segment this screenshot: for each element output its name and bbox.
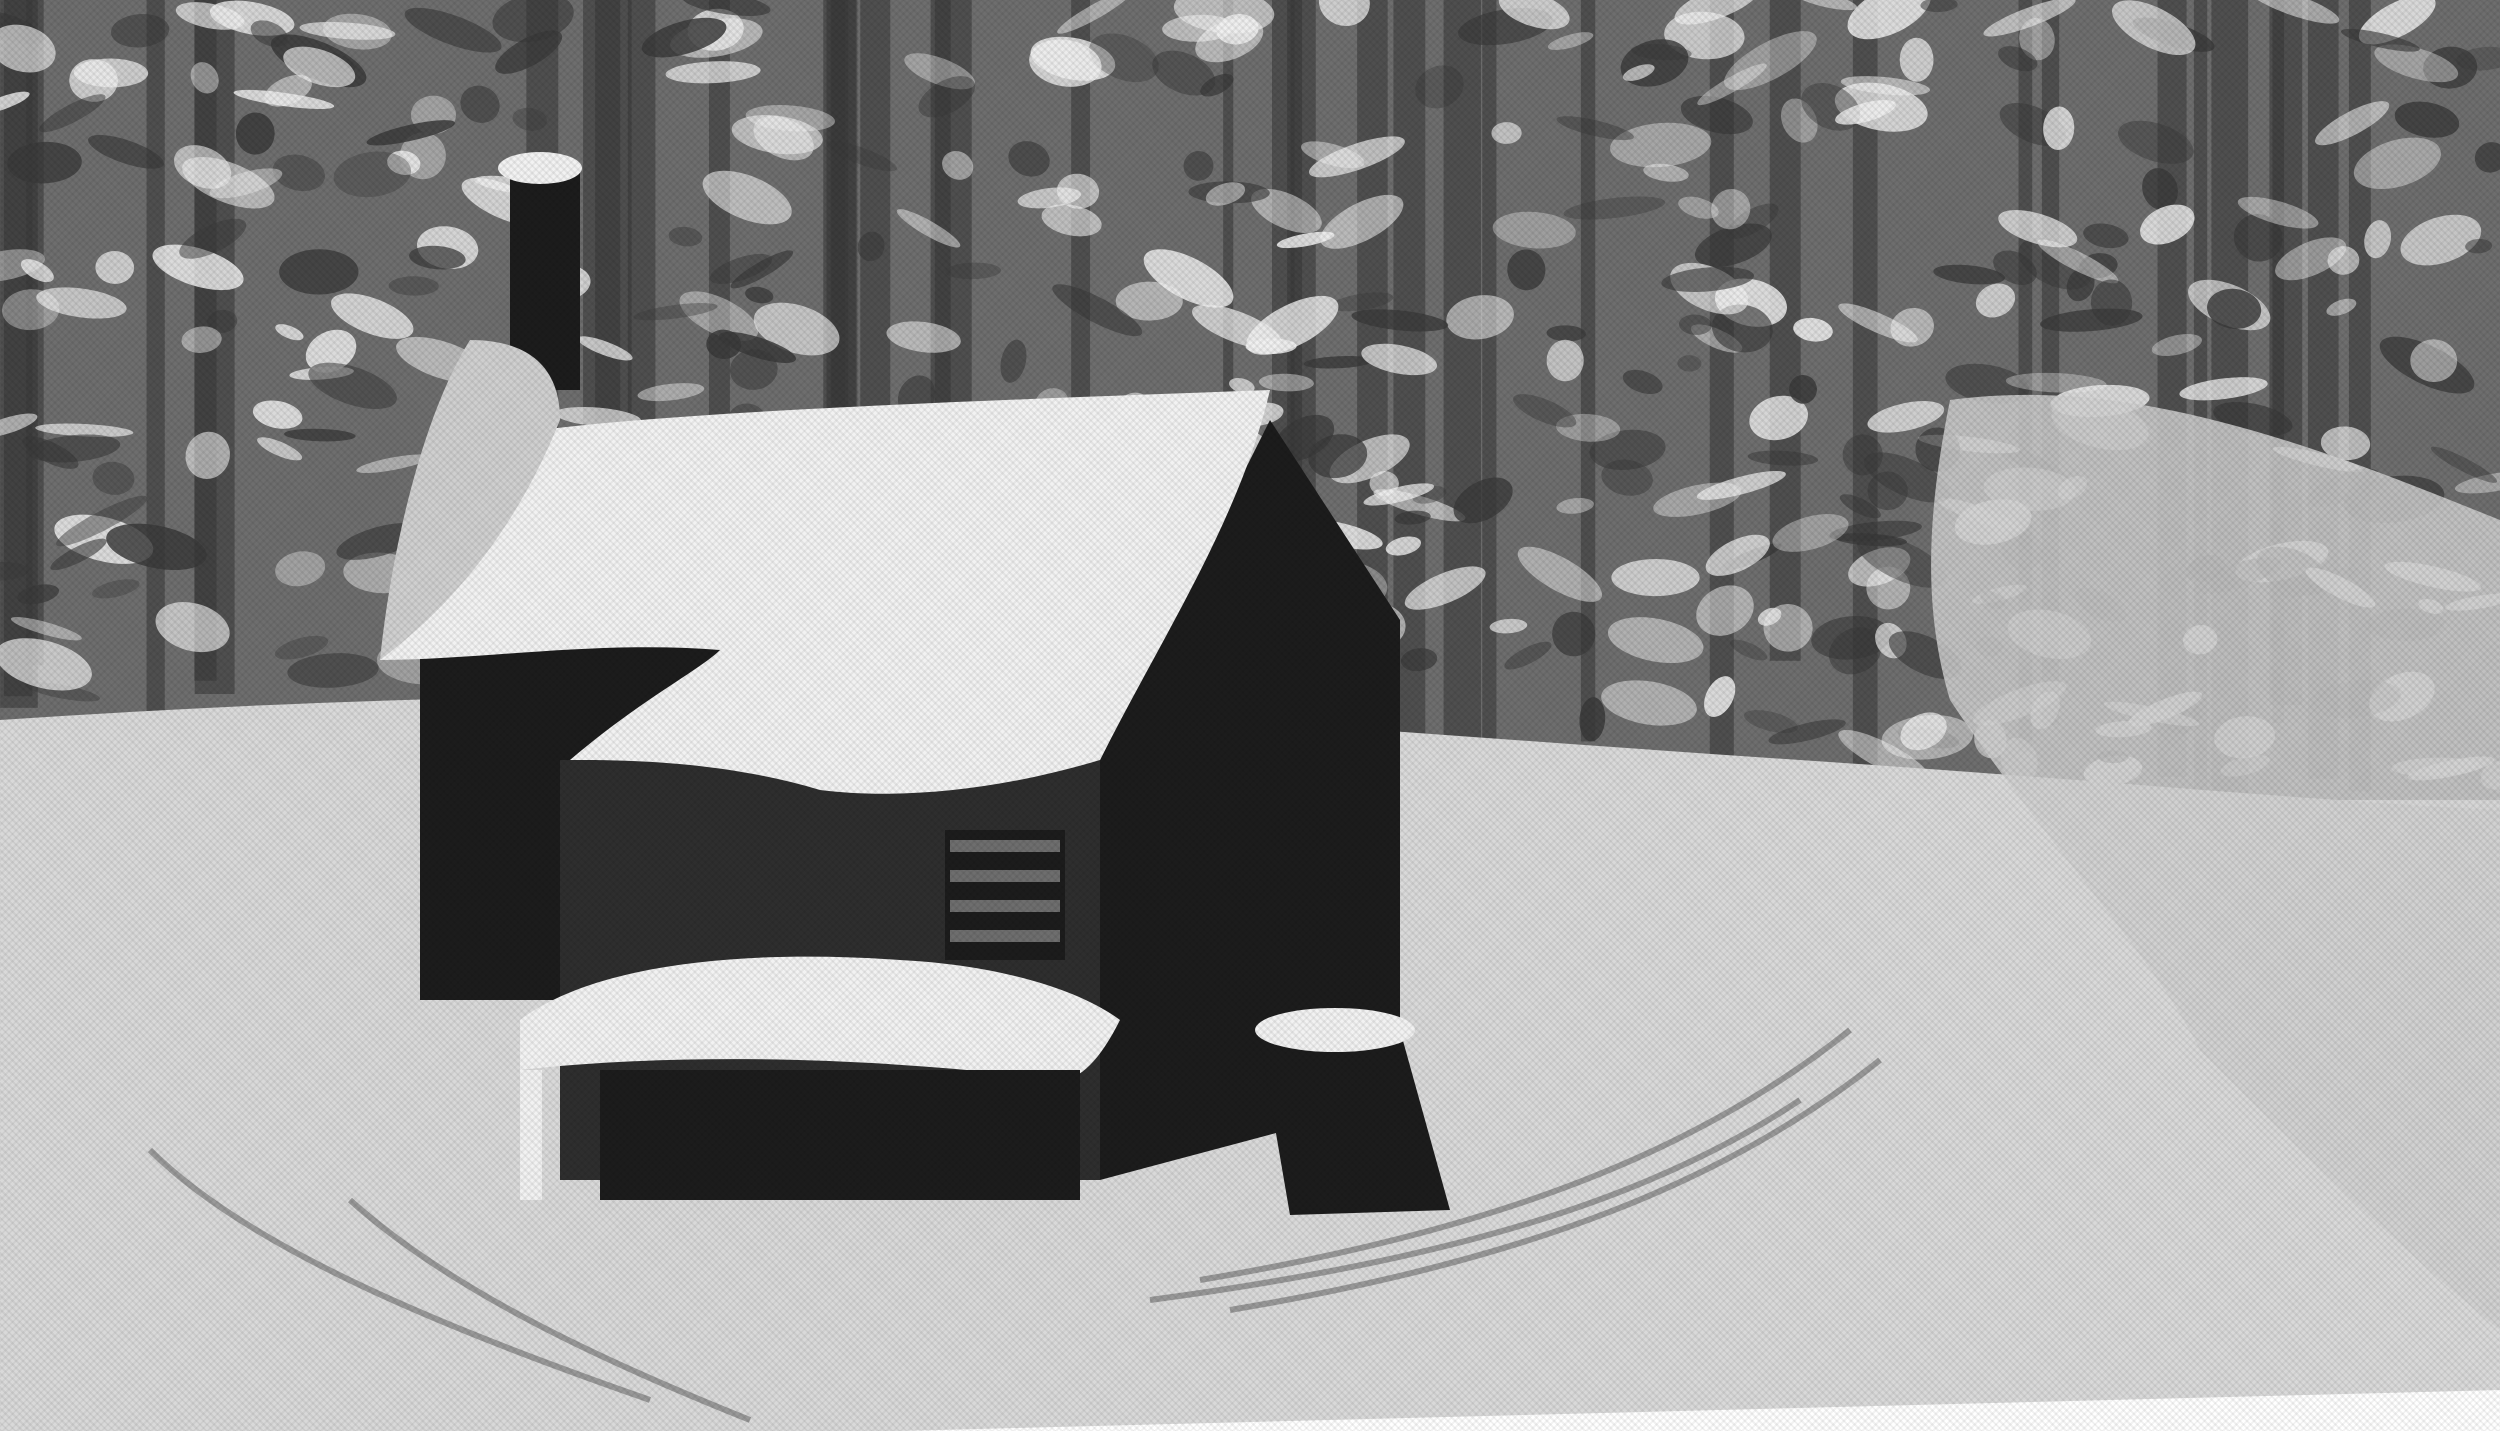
- snow-cabin-photo: [0, 0, 2500, 1431]
- tree-stump-snow-cap: [1255, 1008, 1415, 1052]
- porch-underside: [600, 1070, 1080, 1200]
- cabin-window: [945, 830, 1065, 960]
- chimney-snow-cap: [498, 152, 582, 184]
- porch-post: [520, 1070, 542, 1200]
- scene-canvas: [0, 0, 2500, 1431]
